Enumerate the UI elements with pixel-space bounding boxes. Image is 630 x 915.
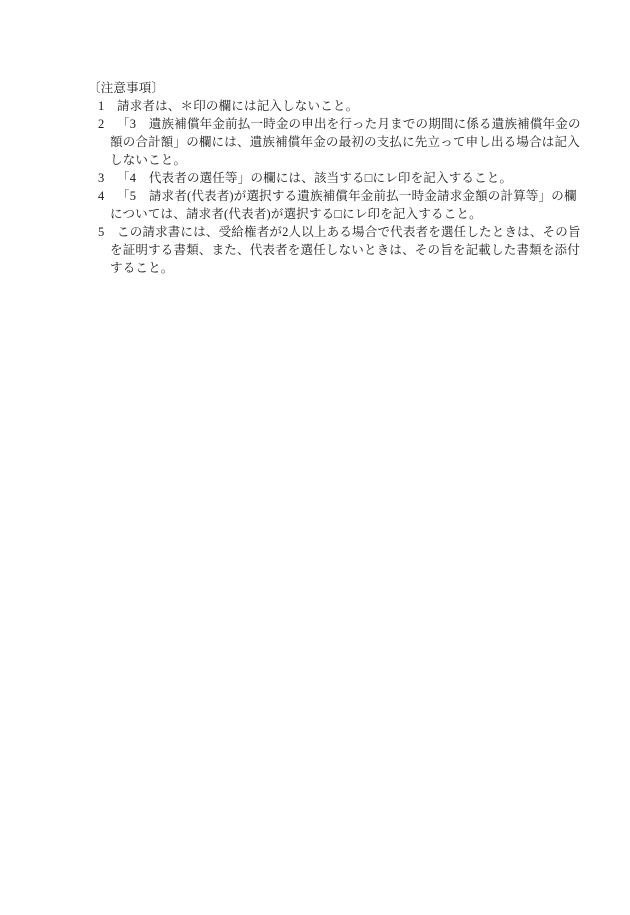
- note-item-5-line-2: を証明する書類、また、代表者を選任しないときは、その旨を記載した書類を添付: [110, 241, 568, 259]
- note-item-2-line-2: 額の合計額」の欄には、遺族補償年金の最初の支払に先立って申し出る場合は記入: [110, 133, 568, 151]
- note-item-5-line-1: この請求書には、受給権者が2人以上ある場合で代表者を選任したときは、その旨: [117, 223, 568, 241]
- document-page: 〔注意事項〕 1 請求者は、＊印の欄には記入しないこと。 2 「3 遺族補償年金…: [0, 0, 630, 915]
- note-item-3-body: 「4 代表者の選任等」の欄には、該当する□にレ印を記入すること。: [117, 169, 568, 187]
- note-item-5: 5 この請求書には、受給権者が2人以上ある場合で代表者を選任したときは、その旨 …: [88, 223, 568, 277]
- note-item-5-line-3: すること。: [110, 259, 568, 277]
- note-item-2-body: 「3 遺族補償年金前払一時金の申出を行った月までの期間に係る遺族補償年金の 額の…: [117, 115, 568, 169]
- note-item-1-line-1: 請求者は、＊印の欄には記入しないこと。: [117, 97, 568, 115]
- note-item-4: 4 「5 請求者(代表者)が選択する遺族補償年金前払一時金請求金額の計算等」の欄…: [88, 187, 568, 223]
- note-item-1: 1 請求者は、＊印の欄には記入しないこと。: [88, 97, 568, 115]
- note-item-2-number: 2: [98, 115, 116, 133]
- note-item-4-line-2: については、請求者(代表者)が選択する□にレ印を記入すること。: [110, 205, 568, 223]
- note-item-4-line-1: 「5 請求者(代表者)が選択する遺族補償年金前払一時金請求金額の計算等」の欄: [117, 187, 568, 205]
- notes-header: 〔注意事項〕: [88, 79, 568, 97]
- notes-section: 〔注意事項〕 1 請求者は、＊印の欄には記入しないこと。 2 「3 遺族補償年金…: [88, 79, 568, 277]
- note-item-2: 2 「3 遺族補償年金前払一時金の申出を行った月までの期間に係る遺族補償年金の …: [88, 115, 568, 169]
- note-item-2-line-3: しないこと。: [110, 151, 568, 169]
- note-item-1-body: 請求者は、＊印の欄には記入しないこと。: [117, 97, 568, 115]
- note-item-2-line-1: 「3 遺族補償年金前払一時金の申出を行った月までの期間に係る遺族補償年金の: [117, 115, 568, 133]
- note-item-1-number: 1: [98, 97, 116, 115]
- note-item-5-number: 5: [98, 223, 116, 241]
- note-item-3-line-1: 「4 代表者の選任等」の欄には、該当する□にレ印を記入すること。: [117, 169, 568, 187]
- note-item-5-body: この請求書には、受給権者が2人以上ある場合で代表者を選任したときは、その旨 を証…: [117, 223, 568, 277]
- note-item-3-number: 3: [98, 169, 116, 187]
- note-item-4-number: 4: [98, 187, 116, 205]
- note-item-3: 3 「4 代表者の選任等」の欄には、該当する□にレ印を記入すること。: [88, 169, 568, 187]
- note-item-4-body: 「5 請求者(代表者)が選択する遺族補償年金前払一時金請求金額の計算等」の欄 に…: [117, 187, 568, 223]
